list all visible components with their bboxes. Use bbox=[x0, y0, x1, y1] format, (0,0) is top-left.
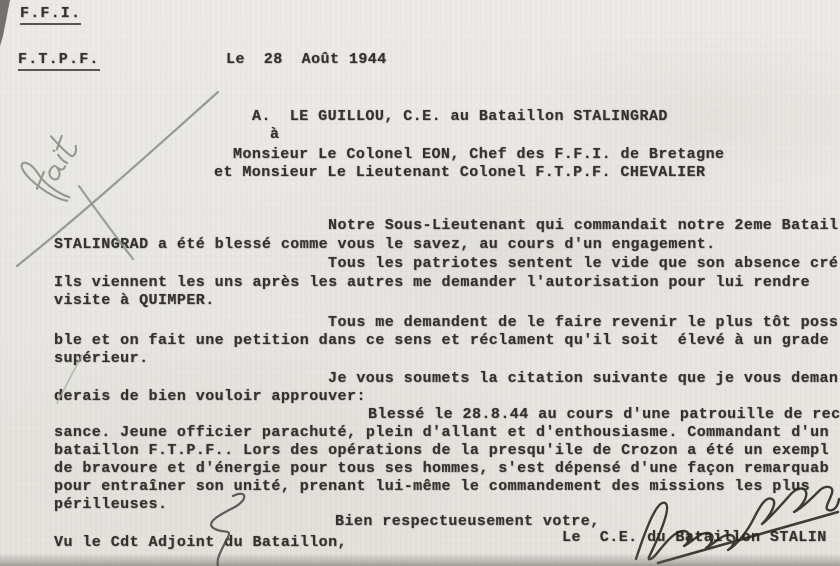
body-line: sance. Jeune officier parachuté, plein d… bbox=[54, 425, 829, 441]
letterhead-ftpf: F.T.P.F. bbox=[18, 52, 100, 71]
body-line: visite à QUIMPER. bbox=[54, 293, 215, 309]
body-line: de bravoure et d'énergie pour tous ses h… bbox=[54, 461, 829, 477]
handwritten-fait-annotation bbox=[15, 126, 95, 206]
closing-salutation: Bien respectueusement votre, bbox=[335, 514, 600, 530]
date-line: Le 28 Août 1944 bbox=[226, 52, 387, 68]
scanned-letter-document: F.F.I. F.T.P.F. Le 28 Août 1944 A. LE GU… bbox=[0, 0, 840, 566]
recipient-line: à bbox=[270, 127, 279, 143]
body-line: pour entraîner son unité, prenant lui-mê… bbox=[54, 479, 810, 495]
recipient-line: A. LE GUILLOU, C.E. au Bataillon STALING… bbox=[252, 109, 668, 125]
body-line: Ils viennent les uns après les autres me… bbox=[54, 275, 810, 291]
closing-adjoint-line: Vu le Cdt Adjoint du Bataillon, bbox=[54, 535, 347, 551]
body-line: ble et on fait une petition dans ce sens… bbox=[54, 333, 829, 349]
body-line: derais de bien vouloir approuver: bbox=[54, 389, 366, 405]
scan-edge-mark bbox=[0, 0, 10, 46]
recipient-line: et Monsieur Le Lieutenant Colonel F.T.P.… bbox=[214, 165, 705, 181]
body-line: bataillon F.T.P.F.. Lors des opérations … bbox=[54, 443, 829, 459]
signature-scribble bbox=[636, 487, 839, 563]
body-line: Blessé le 28.8.44 au cours d'une patroui… bbox=[368, 407, 840, 423]
letterhead-ffi: F.F.I. bbox=[20, 6, 81, 25]
body-line: périlleuses. bbox=[54, 497, 167, 513]
scan-bottom-shadow bbox=[0, 553, 840, 566]
recipient-line: Monsieur Le Colonel EON, Chef des F.F.I.… bbox=[233, 147, 724, 163]
body-line: STALINGRAD a été blessé comme vous le sa… bbox=[54, 237, 716, 253]
body-line: supérieur. bbox=[54, 351, 149, 367]
body-line: Tous les patriotes sentent le vide que s… bbox=[328, 256, 838, 272]
closing-signatory-line: Le C.E. du Bataillon STALIN bbox=[562, 530, 827, 546]
body-line: Notre Sous-Lieutenant qui commandait not… bbox=[328, 218, 838, 234]
body-line: Tous me demandent de le faire revenir le… bbox=[328, 315, 838, 331]
body-line: Je vous soumets la citation suivante que… bbox=[328, 371, 838, 387]
